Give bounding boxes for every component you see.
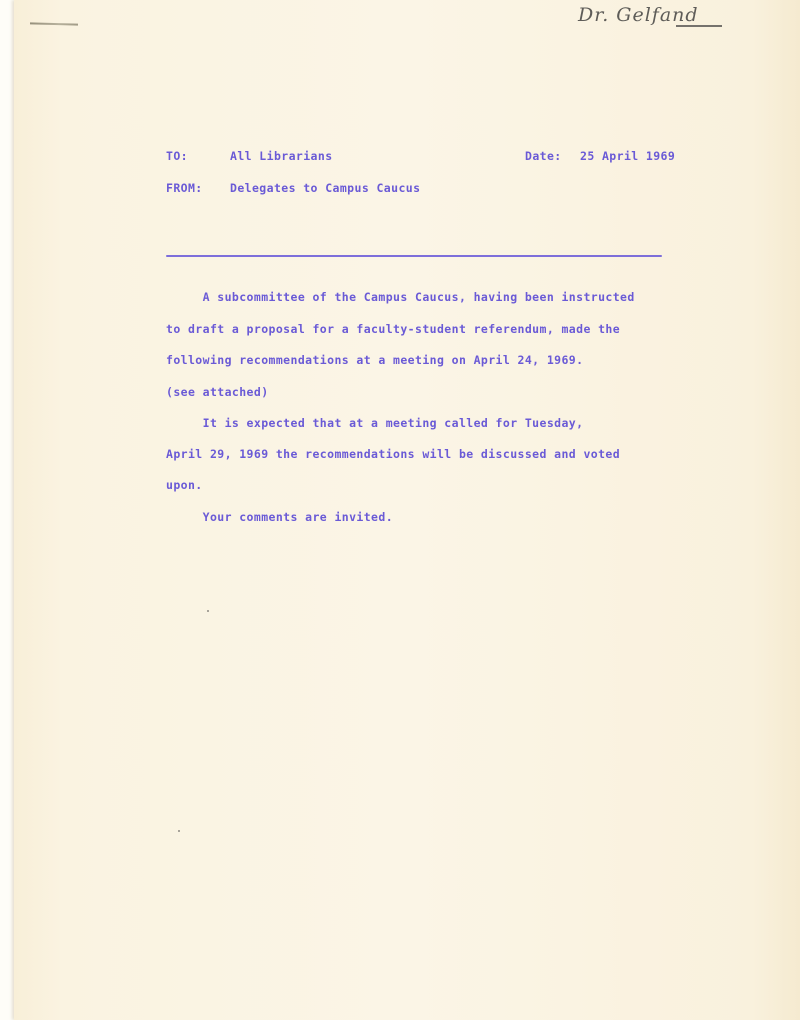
paper-speck (178, 830, 180, 832)
body-line: Your comments are invited. (166, 510, 393, 524)
handwritten-underline (676, 25, 722, 27)
date-value: 25 April 1969 (580, 149, 675, 163)
from-label: FROM: (166, 181, 203, 195)
body-line: following recommendations at a meeting o… (166, 353, 583, 367)
scan-margin (0, 0, 14, 1020)
body-line: A subcommittee of the Campus Caucus, hav… (166, 290, 635, 304)
memo-page (14, 0, 800, 1020)
body-line: It is expected that at a meeting called … (166, 416, 583, 430)
date-label: Date: (525, 149, 562, 163)
handwritten-annotation: Dr. Gelfand (578, 4, 699, 26)
from-value: Delegates to Campus Caucus (230, 181, 420, 195)
body-line: (see attached) (166, 385, 269, 399)
body-line: upon. (166, 478, 203, 492)
to-label: TO: (166, 149, 188, 163)
body-line: April 29, 1969 the recommendations will … (166, 447, 620, 461)
to-value: All Librarians (230, 149, 333, 163)
header-divider (166, 255, 662, 257)
paper-speck (207, 610, 209, 612)
body-line: to draft a proposal for a faculty-studen… (166, 322, 620, 336)
